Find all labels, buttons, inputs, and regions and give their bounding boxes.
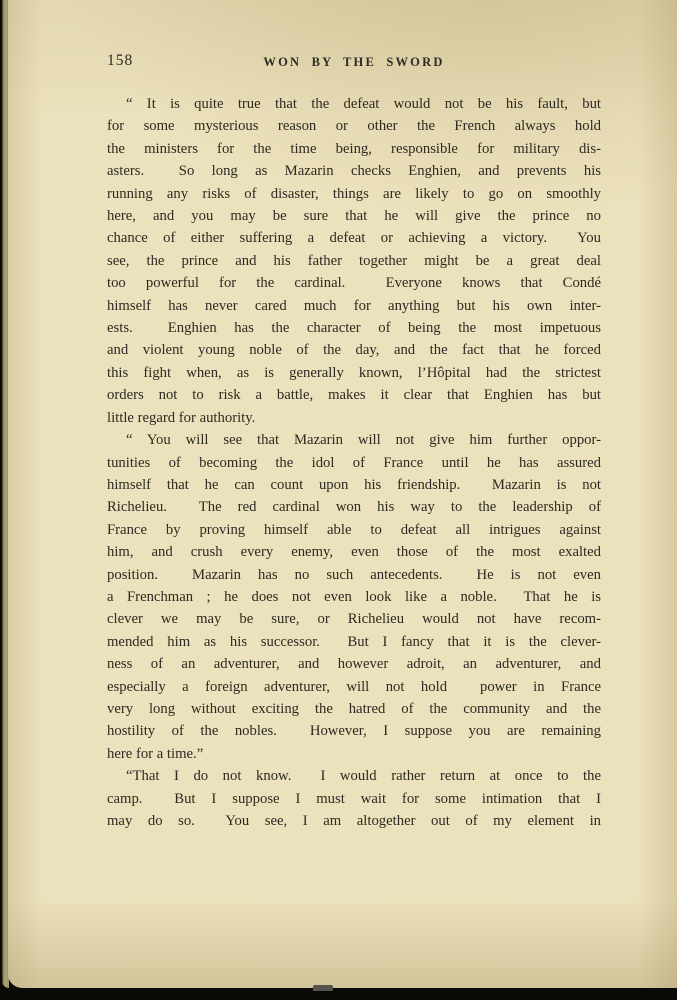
text-line: a Frenchman ; he does not even look like… — [107, 586, 601, 608]
scan-artifact — [313, 985, 333, 991]
text-line: position. Mazarin has no such antecedent… — [107, 564, 601, 586]
text-line: especially a foreign adventurer, will no… — [107, 676, 601, 698]
text-line: chance of either suffering a defeat or a… — [107, 227, 601, 249]
text-line: him, and crush every enemy, even those o… — [107, 541, 601, 563]
running-header: WON BY THE SWORD — [107, 55, 601, 70]
text-line: mended him as his successor. But I fancy… — [107, 631, 601, 653]
paper-page: 158 WON BY THE SWORD “ It is quite true … — [8, 0, 677, 988]
text-line: this fight when, as is generally known, … — [107, 362, 601, 384]
text-line: clever we may be sure, or Richelieu woul… — [107, 608, 601, 630]
text-line: the ministers for the time being, respon… — [107, 138, 601, 160]
text-line: and violent young noble of the day, and … — [107, 339, 601, 361]
text-line: ests. Enghien has the character of being… — [107, 317, 601, 339]
text-line: may do so. You see, I am altogether out … — [107, 810, 601, 832]
text-line: see, the prince and his father together … — [107, 250, 601, 272]
text-line: little regard for authority. — [107, 407, 601, 429]
text-line: asters. So long as Mazarin checks Enghie… — [107, 160, 601, 182]
text-line: running any risks of disaster, things ar… — [107, 183, 601, 205]
text-line: himself that he can count upon his frien… — [107, 474, 601, 496]
text-line: here, and you may be sure that he will g… — [107, 205, 601, 227]
scanned-book-page: 158 WON BY THE SWORD “ It is quite true … — [0, 0, 677, 1000]
text-line: too powerful for the cardinal. Everyone … — [107, 272, 601, 294]
text-line: Richelieu. The red cardinal won his way … — [107, 496, 601, 518]
text-line: hostility of the nobles. However, I supp… — [107, 720, 601, 742]
text-line: very long without exciting the hatred of… — [107, 698, 601, 720]
text-line: ness of an adventurer, and however adroi… — [107, 653, 601, 675]
text-line: France by proving himself able to defeat… — [107, 519, 601, 541]
text-line: here for a time.” — [107, 743, 601, 765]
text-line: “ You will see that Mazarin will not giv… — [107, 429, 601, 451]
text-line: “That I do not know. I would rather retu… — [107, 765, 601, 787]
text-line: camp. But I suppose I must wait for some… — [107, 788, 601, 810]
text-line: “ It is quite true that the defeat would… — [107, 93, 601, 115]
body-text: “ It is quite true that the defeat would… — [107, 93, 601, 832]
text-line: himself has never cared much for anythin… — [107, 295, 601, 317]
text-line: tunities of becoming the idol of France … — [107, 452, 601, 474]
text-line: for some mysterious reason or other the … — [107, 115, 601, 137]
text-line: orders not to risk a battle, makes it cl… — [107, 384, 601, 406]
